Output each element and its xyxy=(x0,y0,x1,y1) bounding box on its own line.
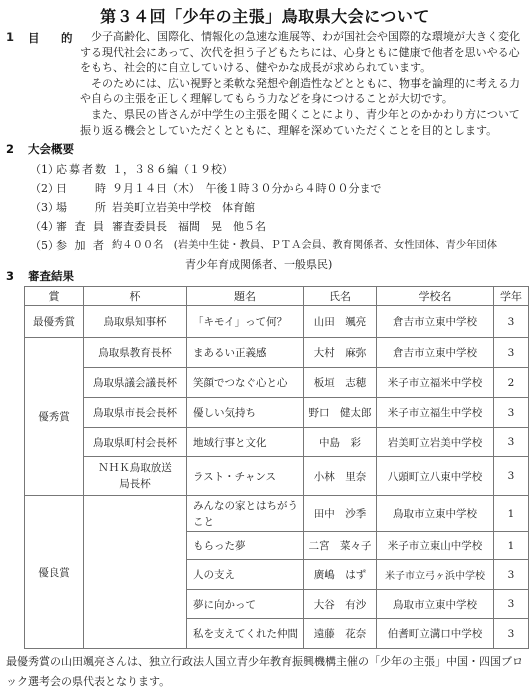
school-cell: 倉吉市立東中学校 xyxy=(377,338,494,368)
section-title: 大会概要 xyxy=(28,142,74,156)
school-cell: 倉吉市立東中学校 xyxy=(377,306,494,338)
school-cell: 伯耆町立溝口中学校 xyxy=(377,619,494,649)
item-value: ９月１４日（木） 午後１時３０分から４時００分まで xyxy=(112,179,525,198)
item-value: 約４００名 (岩美中生徒・教員、ＰＴＡ会員、教育関係者、女性団体、青少年団体 xyxy=(112,236,525,255)
table-header-row: 賞 杯 題名 氏名 学校名 学年 xyxy=(25,287,529,306)
title-cell: 私を支えてくれた仲間 xyxy=(187,619,304,649)
item-label: 審 査 員 xyxy=(56,217,112,236)
table-row: 優良賞 みんなの家とはちがうこと 田中 沙季 鳥取市立東中学校 1 xyxy=(25,496,529,532)
title-cell: 地域行事と文化 xyxy=(187,428,304,457)
name-cell: 山田 颯亮 xyxy=(304,306,377,338)
grade-cell: 3 xyxy=(494,560,529,590)
name-cell: 野口 健太郎 xyxy=(304,398,377,428)
title-cell: 夢に向かって xyxy=(187,590,304,619)
title-cell: みんなの家とはちがうこと xyxy=(187,496,304,532)
name-cell: 大村 麻弥 xyxy=(304,338,377,368)
overview-item: （2） 日 時 ９月１４日（木） 午後１時３０分から４時００分まで xyxy=(30,179,525,198)
document-title: 第３４回「少年の主張」鳥取県大会について xyxy=(0,4,530,27)
name-cell: 中島 彩 xyxy=(304,428,377,457)
purpose-text: 少子高齢化、国際化、情報化の急速な進展等、わが国社会や国際的な環境が大きく変化す… xyxy=(80,29,525,138)
name-cell: 遠藤 花奈 xyxy=(304,619,377,649)
header-cup: 杯 xyxy=(84,287,187,306)
purpose-paragraph: そのためには、広い視野と柔軟な発想や創造性などとともに、物事を論理的に考える力や… xyxy=(80,76,525,107)
label-char: 目 xyxy=(28,30,40,46)
section-number: 1 xyxy=(6,30,14,44)
table-row: 鳥取県議会議長杯 笑顔でつなぐ心と心 板垣 志穂 米子市立福米中学校 2 xyxy=(25,368,529,398)
grade-cell: 3 xyxy=(494,338,529,368)
title-cell: 「キモイ」って何？ xyxy=(187,306,304,338)
grade-cell: 1 xyxy=(494,496,529,532)
grade-cell: 3 xyxy=(494,590,529,619)
label-char: 的 xyxy=(61,30,73,46)
item-index: （4） xyxy=(30,217,56,236)
cup-cell: 鳥取県町村会長杯 xyxy=(84,428,187,457)
overview-item: （1） 応募者数 １，３８６編（１９校） xyxy=(30,160,525,179)
table-row: 鳥取県市長会長杯 優しい気持ち 野口 健太郎 米子市立福生中学校 3 xyxy=(25,398,529,428)
item-value: 審査委員長 福間 晃 他５名 xyxy=(112,217,525,236)
overview-item: （4） 審 査 員 審査委員長 福間 晃 他５名 xyxy=(30,217,525,236)
header-name: 氏名 xyxy=(304,287,377,306)
name-cell: 廣嶋 はず xyxy=(304,560,377,590)
school-cell: 米子市立弓ヶ浜中学校 xyxy=(377,560,494,590)
item-index: （3） xyxy=(30,198,56,217)
item-value: 岩美町立岩美中学校 体育館 xyxy=(112,198,525,217)
section-number: 2 xyxy=(6,142,28,156)
item-value: １，３８６編（１９校） xyxy=(112,160,525,179)
school-cell: 鳥取市立東中学校 xyxy=(377,590,494,619)
table-row: 鳥取県町村会長杯 地域行事と文化 中島 彩 岩美町立岩美中学校 3 xyxy=(25,428,529,457)
school-cell: 八頭町立八東中学校 xyxy=(377,457,494,496)
cup-cell: 鳥取県知事杯 xyxy=(84,306,187,338)
table-row: 優秀賞 鳥取県教育長杯 まあるい正義感 大村 麻弥 倉吉市立東中学校 3 xyxy=(25,338,529,368)
award-cell: 優良賞 xyxy=(25,496,84,649)
cup-cell: 鳥取県議会議長杯 xyxy=(84,368,187,398)
cup-cell: 鳥取県教育長杯 xyxy=(84,338,187,368)
grade-cell: 3 xyxy=(494,457,529,496)
header-award: 賞 xyxy=(25,287,84,306)
item-index: （2） xyxy=(30,179,56,198)
title-cell: ラスト・チャンス xyxy=(187,457,304,496)
header-school: 学校名 xyxy=(377,287,494,306)
section-2-heading: 2大会概要 xyxy=(6,141,74,157)
grade-cell: 3 xyxy=(494,306,529,338)
award-cell: 優秀賞 xyxy=(25,338,84,496)
grade-cell: 2 xyxy=(494,368,529,398)
results-table: 賞 杯 題名 氏名 学校名 学年 最優秀賞 鳥取県知事杯 「キモイ」って何？ 山… xyxy=(24,286,529,649)
header-grade: 学年 xyxy=(494,287,529,306)
item-label: 日 時 xyxy=(56,179,112,198)
title-cell: もらった夢 xyxy=(187,532,304,560)
cup-cell: ＮＨＫ鳥取放送局長杯 xyxy=(84,457,187,496)
grade-cell: 1 xyxy=(494,532,529,560)
cup-cell: 鳥取県市長会長杯 xyxy=(84,398,187,428)
award-cell: 最優秀賞 xyxy=(25,306,84,338)
school-cell: 鳥取市立東中学校 xyxy=(377,496,494,532)
title-cell: 優しい気持ち xyxy=(187,398,304,428)
item-index: （5） xyxy=(30,236,56,255)
overview-item-continuation: 青少年育成関係者、一般県民) xyxy=(30,255,525,274)
title-cell: 人の支え xyxy=(187,560,304,590)
title-cell: 笑顔でつなぐ心と心 xyxy=(187,368,304,398)
section-3-heading: 3審査結果 xyxy=(6,268,74,284)
item-label: 応募者数 xyxy=(56,160,112,179)
title-cell: まあるい正義感 xyxy=(187,338,304,368)
school-cell: 米子市立東山中学校 xyxy=(377,532,494,560)
header-title: 題名 xyxy=(187,287,304,306)
footnote: 最優秀賞の山田颯亮さんは、独立行政法人国立青少年教育振興機構主催の「少年の主張」… xyxy=(6,652,526,692)
table-row: 最優秀賞 鳥取県知事杯 「キモイ」って何？ 山田 颯亮 倉吉市立東中学校 3 xyxy=(25,306,529,338)
section-number: 3 xyxy=(6,269,28,283)
cup-cell xyxy=(84,496,187,649)
school-cell: 米子市立福生中学校 xyxy=(377,398,494,428)
school-cell: 岩美町立岩美中学校 xyxy=(377,428,494,457)
name-cell: 板垣 志穂 xyxy=(304,368,377,398)
overview-item: （5） 参 加 者 約４００名 (岩美中生徒・教員、ＰＴＡ会員、教育関係者、女性… xyxy=(30,236,525,255)
purpose-paragraph: 少子高齢化、国際化、情報化の急速な進展等、わが国社会や国際的な環境が大きく変化す… xyxy=(80,29,525,76)
name-cell: 田中 沙季 xyxy=(304,496,377,532)
grade-cell: 3 xyxy=(494,428,529,457)
name-cell: 二宮 菜々子 xyxy=(304,532,377,560)
purpose-paragraph: また、県民の皆さんが中学生の主張を聞くことにより、青少年とのかかわり方について振… xyxy=(80,107,525,138)
section-title: 審査結果 xyxy=(28,269,74,283)
item-index: （1） xyxy=(30,160,56,179)
name-cell: 大谷 有沙 xyxy=(304,590,377,619)
name-cell: 小林 里奈 xyxy=(304,457,377,496)
grade-cell: 3 xyxy=(494,398,529,428)
school-cell: 米子市立福米中学校 xyxy=(377,368,494,398)
item-label: 参 加 者 xyxy=(56,236,112,255)
overview-list: （1） 応募者数 １，３８６編（１９校） （2） 日 時 ９月１４日（木） 午後… xyxy=(30,160,525,274)
item-label: 場 所 xyxy=(56,198,112,217)
overview-item: （3） 場 所 岩美町立岩美中学校 体育館 xyxy=(30,198,525,217)
table-row: ＮＨＫ鳥取放送局長杯 ラスト・チャンス 小林 里奈 八頭町立八東中学校 3 xyxy=(25,457,529,496)
grade-cell: 3 xyxy=(494,619,529,649)
